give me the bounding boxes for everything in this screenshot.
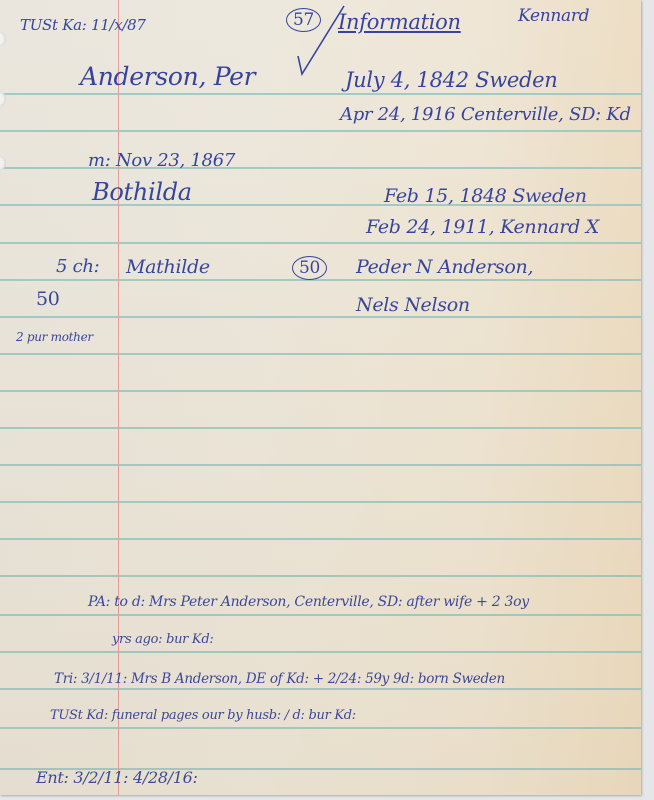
ruled-line xyxy=(0,93,641,95)
ruled-line xyxy=(0,390,641,392)
ruled-line xyxy=(0,316,641,318)
circled-number-text: 57 xyxy=(286,8,321,32)
spouse-birth: Feb 15, 1848 Sweden xyxy=(384,185,587,207)
subject-name: Anderson, Per xyxy=(80,62,255,91)
ruled-line xyxy=(0,427,641,429)
ruled-line xyxy=(0,242,641,244)
child-spouse-line1: Peder N Anderson, xyxy=(356,256,533,278)
record-code: TUSt Ka: 11/x/87 xyxy=(20,16,146,34)
note-line-4: TUSt Kd: funeral pages our by husb: / d:… xyxy=(50,708,356,723)
ruled-line xyxy=(0,688,641,690)
note-line-5: Ent: 3/2/11: 4/28/16: xyxy=(36,768,198,787)
ruled-line xyxy=(0,538,641,540)
note-line-1: PA: to d: Mrs Peter Anderson, Centervill… xyxy=(88,594,529,610)
marriage-line: m: Nov 23, 1867 xyxy=(88,150,235,171)
child-note-text: 2 pur mother xyxy=(16,330,93,344)
subject-death: Apr 24, 1916 Centerville, SD: Kd xyxy=(340,104,631,125)
child-circled-number-text: 50 xyxy=(292,256,327,280)
spouse-name: Bothilda xyxy=(92,178,192,206)
note-line-2: yrs ago: bur Kd: xyxy=(112,632,213,647)
child-spouse-line2: Nels Nelson xyxy=(356,294,470,316)
ruled-line xyxy=(0,353,641,355)
ruled-line xyxy=(0,130,641,132)
ruled-line xyxy=(0,464,641,466)
child-note-number: 50 xyxy=(36,288,60,310)
notebook-page: TUSt Ka: 11/x/87 57 Information Kennard … xyxy=(0,0,641,795)
ruled-line xyxy=(0,614,641,616)
ruled-line xyxy=(0,575,641,577)
marriage-label: m xyxy=(88,150,105,171)
title-information: Information xyxy=(338,10,461,34)
children-count: 5 ch: xyxy=(56,256,99,277)
ruled-line xyxy=(0,727,641,729)
marriage-date: Nov 23, 1867 xyxy=(116,150,235,171)
spouse-death: Feb 24, 1911, Kennard X xyxy=(366,216,599,238)
subject-birth: July 4, 1842 Sweden xyxy=(345,68,558,92)
note-line-3: Tri: 3/1/11: Mrs B Anderson, DE of Kd: +… xyxy=(54,671,505,687)
circled-number: 57 xyxy=(286,8,321,32)
location-kennard: Kennard xyxy=(518,6,589,26)
punch-hole xyxy=(0,32,6,46)
ruled-line xyxy=(0,501,641,503)
child-circled-number: 50 xyxy=(292,256,327,280)
ruled-line xyxy=(0,651,641,653)
child-name: Mathilde xyxy=(126,256,210,278)
